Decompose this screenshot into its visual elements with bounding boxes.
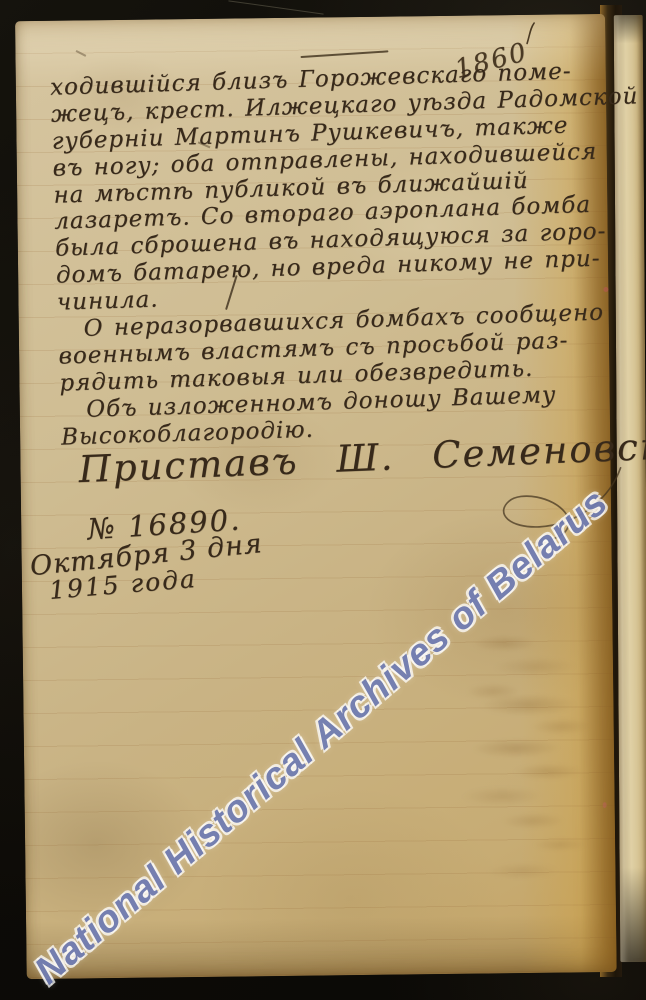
archive-document-scan: 1860 ходившійся близъ Горожевскаго поме-… [0, 0, 646, 1000]
red-stain [603, 802, 607, 808]
signature-rank: Приставъ [78, 439, 299, 491]
handwritten-text-body: ходившійся близъ Горожевскаго поме- жецъ… [50, 57, 614, 451]
red-stain [603, 287, 608, 292]
small-ink-mark [76, 50, 87, 57]
signature-initial: Ш. [335, 435, 395, 480]
manuscript-page: 1860 ходившійся близъ Горожевскаго поме-… [15, 14, 617, 979]
binding-scratch [228, 0, 323, 14]
pen-stroke-mark [300, 50, 388, 58]
